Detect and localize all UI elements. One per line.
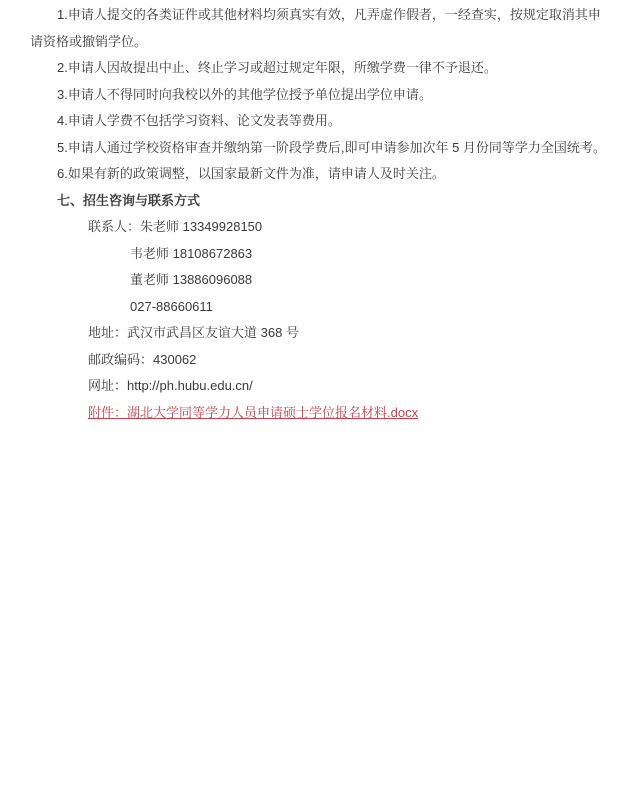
postal-code-line: 邮政编码：430062	[30, 347, 605, 374]
office-phone-line: 027-88660611	[30, 294, 605, 321]
rule-item-5: 5.申请人通过学校资格审查并缴纳第一阶段学费后,即可申请参加次年 5 月份同等学…	[30, 135, 605, 162]
document-body: 1.申请人提交的各类证件或其他材料均须真实有效，凡弄虚作假者，一经查实，按规定取…	[30, 2, 605, 426]
contact-person-2-line: 韦老师 18108672863	[30, 241, 605, 268]
rule-item-3: 3.申请人不得同时向我校以外的其他学位授予单位提出学位申请。	[30, 82, 605, 109]
rule-item-2: 2.申请人因故提出中止、终止学习或超过规定年限，所缴学费一律不予退还。	[30, 55, 605, 82]
website-line: 网址：http://ph.hubu.edu.cn/	[30, 373, 605, 400]
contact-person-3-line: 董老师 13886096088	[30, 267, 605, 294]
rule-item-4: 4.申请人学费不包括学习资料、论文发表等费用。	[30, 108, 605, 135]
contact-person-line: 联系人：朱老师 13349928150	[30, 214, 605, 241]
section-heading-contact: 七、招生咨询与联系方式	[30, 188, 605, 215]
address-line: 地址：武汉市武昌区友谊大道 368 号	[30, 320, 605, 347]
rule-item-1-line-2: 请资格或撤销学位。	[30, 29, 605, 56]
rule-item-6: 6.如果有新的政策调整，以国家最新文件为准，请申请人及时关注。	[30, 161, 605, 188]
rule-item-1-line-1: 1.申请人提交的各类证件或其他材料均须真实有效，凡弄虚作假者，一经查实，按规定取…	[30, 2, 605, 29]
attachment-line: 附件：湖北大学同等学力人员申请硕士学位报名材料.docx	[30, 400, 605, 427]
document-page: 1.申请人提交的各类证件或其他材料均须真实有效，凡弄虚作假者，一经查实，按规定取…	[0, 0, 629, 798]
attachment-link[interactable]: 附件：湖北大学同等学力人员申请硕士学位报名材料.docx	[88, 405, 418, 420]
